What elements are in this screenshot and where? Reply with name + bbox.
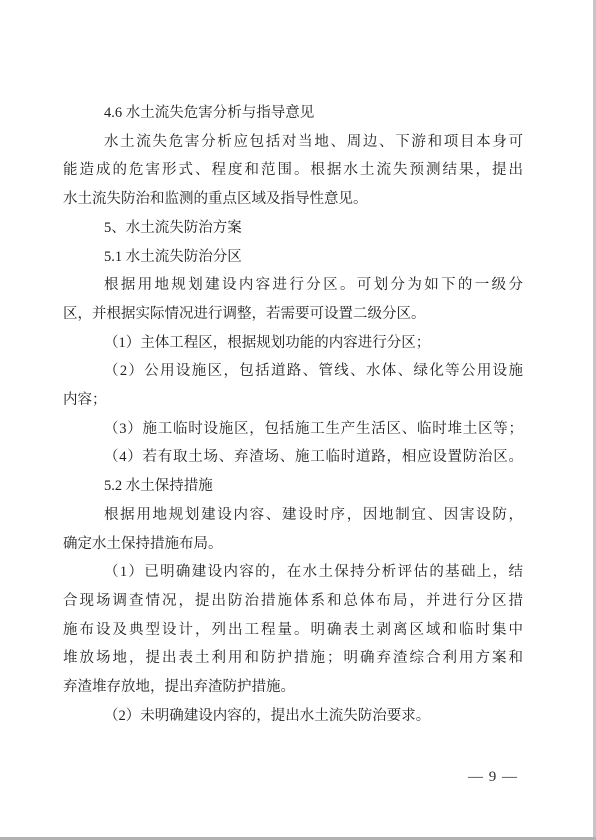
body-paragraph: （1）已明确建设内容的，在水土保持分析评估的基础上，结合现场调查情况，提出防治措… <box>63 558 523 702</box>
text-line: （1）已明确建设内容的，在水土保持分析评估的基础上，结 <box>63 558 523 587</box>
text-line: 内容； <box>63 386 523 415</box>
text-line: 合现场调查情况，提出防治措施体系和总体布局，并进行分区措 <box>63 587 523 616</box>
body-paragraph: 水土流失危害分析应包括对当地、周边、下游和项目本身可能造成的危害形式、程度和范围… <box>63 128 523 214</box>
text-line: 堆放场地，提出表土利用和防护措施；明确弃渣综合利用方案和 <box>63 644 523 673</box>
text-line: 4.6 水土流失危害分析与指导意见 <box>63 99 523 128</box>
text-line: 能造成的危害形式、程度和范围。根据水土流失预测结果，提出 <box>63 156 523 185</box>
text-line: （1）主体工程区，根据规划功能的内容进行分区； <box>63 329 523 358</box>
text-line: 水土流失防治和监测的重点区域及指导性意见。 <box>63 185 523 214</box>
text-line: 5、水土流失防治方案 <box>63 214 523 243</box>
text-line: 根据用地规划建设内容进行分区。可划分为如下的一级分 <box>63 271 523 300</box>
body-paragraph: （4）若有取土场、弃渣场、施工临时道路，相应设置防治区。 <box>63 443 523 472</box>
text-line: 根据用地规划建设内容、建设时序，因地制宜、因害设防， <box>63 501 523 530</box>
text-line: 水土流失危害分析应包括对当地、周边、下游和项目本身可 <box>63 128 523 157</box>
body-paragraph: 根据用地规划建设内容进行分区。可划分为如下的一级分区，并根据实际情况进行调整，若… <box>63 271 523 328</box>
section-heading: 5.1 水土流失防治分区 <box>63 243 523 272</box>
text-line: （3）施工临时设施区，包括施工生产生活区、临时堆土区等； <box>63 415 523 444</box>
body-paragraph: （3）施工临时设施区，包括施工生产生活区、临时堆土区等； <box>63 415 523 444</box>
text-line: （4）若有取土场、弃渣场、施工临时道路，相应设置防治区。 <box>63 443 523 472</box>
body-paragraph: （1）主体工程区，根据规划功能的内容进行分区； <box>63 329 523 358</box>
text-line: 5.2 水土保持措施 <box>63 472 523 501</box>
text-line: 弃渣堆存放地，提出弃渣防护措施。 <box>63 673 523 702</box>
section-heading: 4.6 水土流失危害分析与指导意见 <box>63 99 523 128</box>
text-line: （2）未明确建设内容的，提出水土流失防治要求。 <box>63 702 523 731</box>
body-paragraph: （2）未明确建设内容的，提出水土流失防治要求。 <box>63 702 523 731</box>
body-paragraph: （2）公用设施区，包括道路、管线、水体、绿化等公用设施内容； <box>63 357 523 414</box>
section-heading: 5.2 水土保持措施 <box>63 472 523 501</box>
text-line: 施布设及典型设计，列出工程量。明确表土剥离区域和临时集中 <box>63 616 523 645</box>
body-paragraph: 根据用地规划建设内容、建设时序，因地制宜、因害设防，确定水土保持措施布局。 <box>63 501 523 558</box>
text-line: 确定水土保持措施布局。 <box>63 530 523 559</box>
document-body: 4.6 水土流失危害分析与指导意见水土流失危害分析应包括对当地、周边、下游和项目… <box>63 99 523 730</box>
text-line: 区，并根据实际情况进行调整，若需要可设置二级分区。 <box>63 300 523 329</box>
scanned-document-page: 4.6 水土流失危害分析与指导意见水土流失危害分析应包括对当地、周边、下游和项目… <box>0 0 596 840</box>
section-heading: 5、水土流失防治方案 <box>63 214 523 243</box>
page-number: — 9 — <box>440 769 546 786</box>
text-line: 5.1 水土流失防治分区 <box>63 243 523 272</box>
text-line: （2）公用设施区，包括道路、管线、水体、绿化等公用设施 <box>63 357 523 386</box>
